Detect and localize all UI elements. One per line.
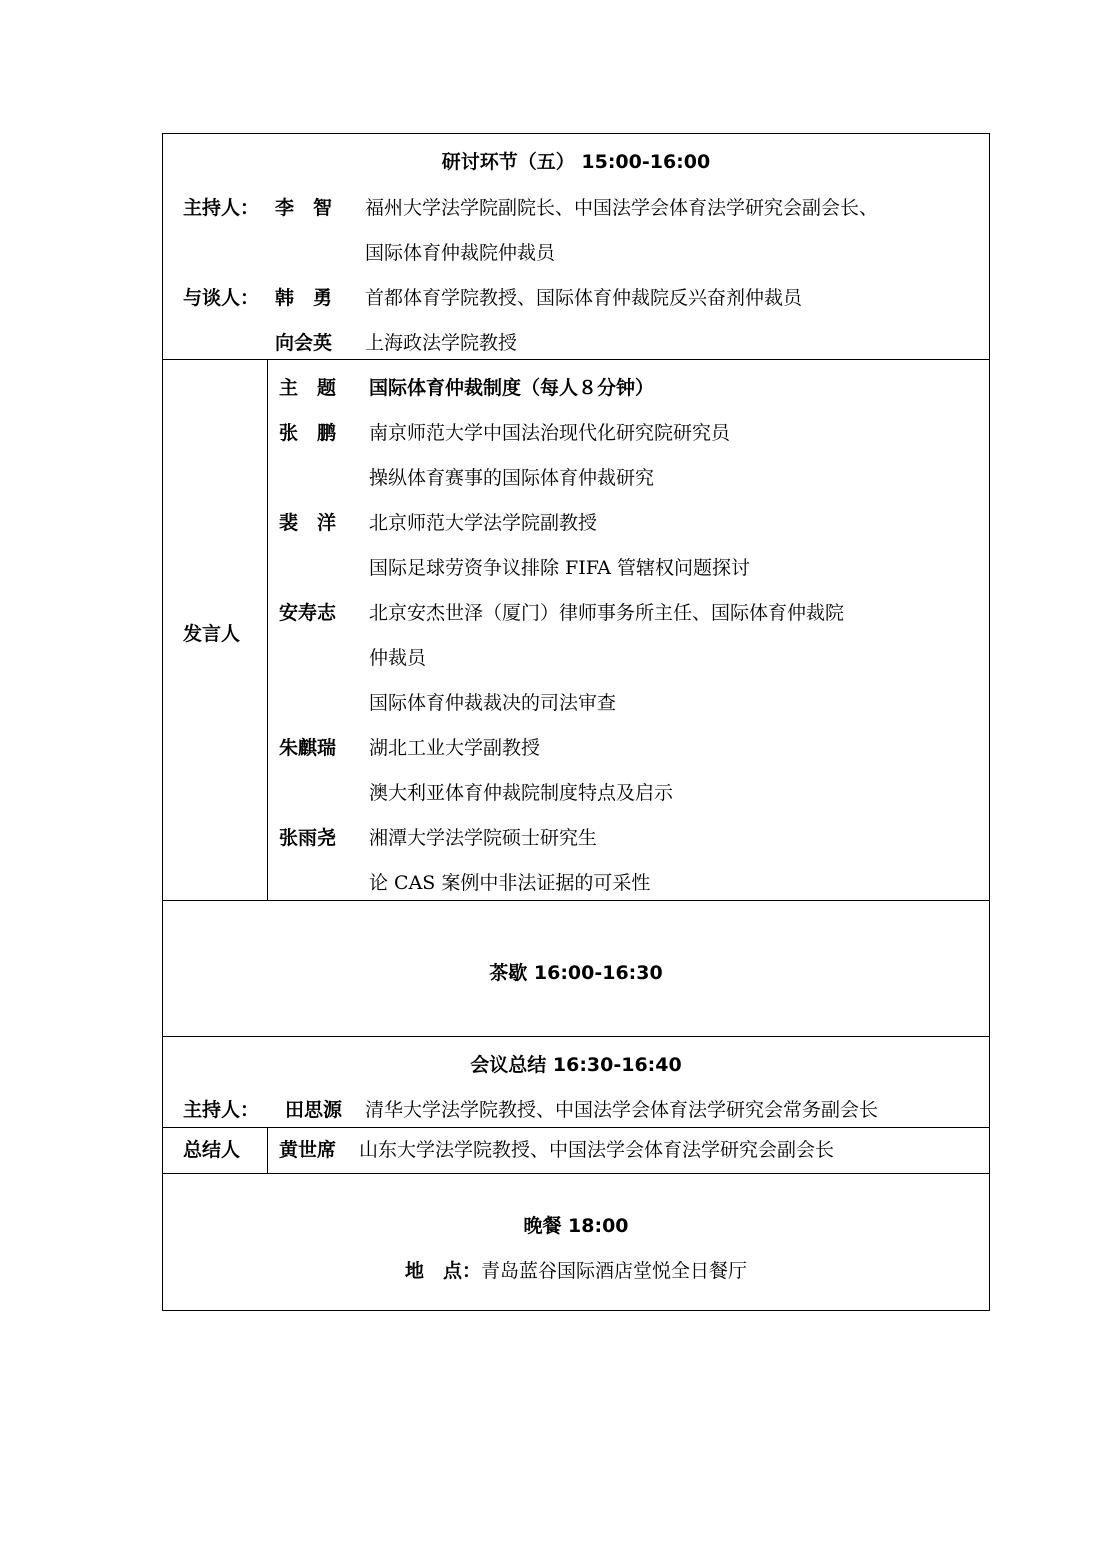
speakers-label: 发言人	[183, 622, 240, 646]
speaker-affiliation: 北京师范大学法学院副教授	[369, 511, 597, 535]
theme-label: 主 题	[279, 376, 336, 400]
location-value: 青岛蓝谷国际酒店堂悦全日餐厅	[481, 1260, 747, 1282]
speaker-name: 裴 洋	[279, 511, 336, 535]
panel-label: 与谈人：	[183, 286, 259, 310]
summarizer-label: 总结人	[183, 1138, 240, 1162]
tea-break-title: 茶歇 16:00-16:30	[163, 961, 989, 985]
speaker-name: 张 鹏	[279, 421, 336, 445]
host-label: 主持人：	[183, 196, 259, 220]
panelist-name: 韩 勇	[275, 286, 332, 310]
speaker-topic: 论 CAS 案例中非法证据的可采性	[369, 871, 650, 895]
speakers-section: 发言人 主 题 国际体育仲裁制度（每人８分钟） 张 鹏 南京师范大学中国法治现代…	[163, 360, 989, 901]
agenda-table: 研讨环节（五） 15:00-16:00 主持人： 李 智 福州大学法学院副院长、…	[162, 133, 990, 1311]
summary-host-name: 田思源	[285, 1098, 342, 1122]
panelist-name: 向会英	[275, 331, 332, 355]
speaker-name: 安寿志	[279, 601, 336, 625]
tea-break-section: 茶歇 16:00-16:30	[163, 901, 989, 1037]
panelist-desc: 上海政法学院教授	[365, 331, 517, 355]
speaker-topic: 操纵体育赛事的国际体育仲裁研究	[369, 466, 654, 490]
dinner-title: 晚餐 18:00	[163, 1214, 989, 1238]
speaker-affiliation: 南京师范大学中国法治现代化研究院研究员	[369, 421, 730, 445]
speaker-affiliation: 湖北工业大学副教授	[369, 736, 540, 760]
column-divider	[267, 1128, 268, 1173]
speaker-affiliation: 湘潭大学法学院硕士研究生	[369, 826, 597, 850]
summary-host-desc: 清华大学法学院教授、中国法学会体育法学研究会常务副会长	[365, 1098, 878, 1122]
dinner-section: 晚餐 18:00 地 点：青岛蓝谷国际酒店堂悦全日餐厅	[163, 1174, 989, 1310]
summary-host-label: 主持人：	[183, 1098, 259, 1122]
theme-text: 国际体育仲裁制度（每人８分钟）	[369, 376, 654, 400]
speaker-affiliation: 北京安杰世泽（厦门）律师事务所主任、国际体育仲裁院	[369, 601, 844, 625]
host-desc-cont: 国际体育仲裁院仲裁员	[365, 241, 555, 265]
speaker-topic: 澳大利亚体育仲裁院制度特点及启示	[369, 781, 673, 805]
speaker-name: 张雨尧	[279, 826, 336, 850]
host-desc: 福州大学法学院副院长、中国法学会体育法学研究会副会长、	[365, 196, 878, 220]
speaker-topic: 国际体育仲裁裁决的司法审查	[369, 691, 616, 715]
dinner-location: 地 点：青岛蓝谷国际酒店堂悦全日餐厅	[163, 1259, 989, 1283]
panelist-desc: 首都体育学院教授、国际体育仲裁院反兴奋剂仲裁员	[365, 286, 802, 310]
summarizer-name: 黄世席	[279, 1138, 336, 1162]
summarizer-desc: 山东大学法学院教授、中国法学会体育法学研究会副会长	[359, 1138, 834, 1162]
speaker-name: 朱麒瑞	[279, 736, 336, 760]
session-title: 研讨环节（五） 15:00-16:00	[163, 150, 989, 174]
host-name: 李 智	[275, 196, 332, 220]
column-divider	[267, 360, 268, 900]
summarizer-section: 总结人 黄世席 山东大学法学院教授、中国法学会体育法学研究会副会长	[163, 1128, 989, 1174]
speaker-affiliation-cont: 仲裁员	[369, 646, 426, 670]
session-5-section: 研讨环节（五） 15:00-16:00 主持人： 李 智 福州大学法学院副院长、…	[163, 134, 989, 360]
location-label: 地 点：	[405, 1260, 481, 1282]
summary-section: 会议总结 16:30-16:40 主持人： 田思源 清华大学法学院教授、中国法学…	[163, 1037, 989, 1128]
summary-title: 会议总结 16:30-16:40	[163, 1053, 989, 1077]
speaker-topic: 国际足球劳资争议排除 FIFA 管辖权问题探讨	[369, 556, 750, 580]
